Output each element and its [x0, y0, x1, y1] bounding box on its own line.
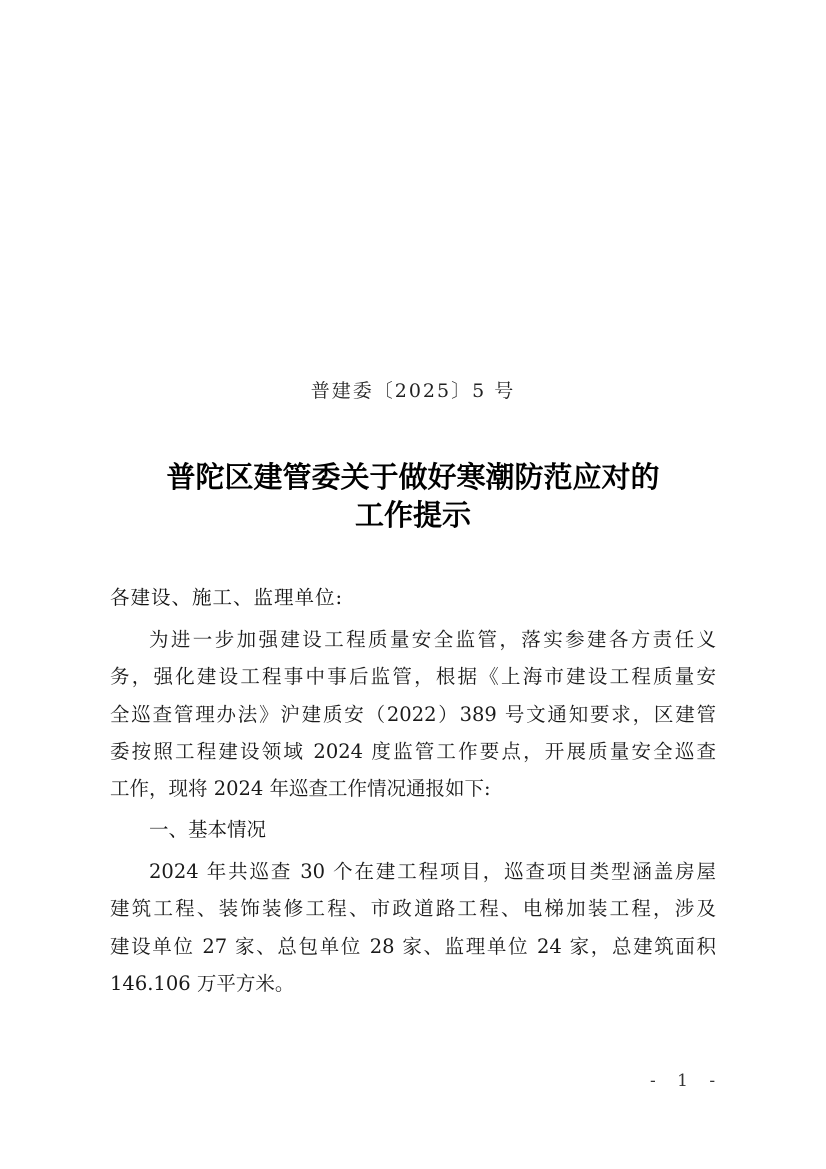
paragraph-line: 为进一步加强建设工程质量安全监管，落实参建各方责任义 [110, 621, 716, 658]
paragraph-line: 委按照工程建设领域 2024 度监管工作要点，开展质量安全巡查 [110, 733, 716, 770]
paragraph-line: 建设单位 27 家、总包单位 28 家、监理单位 24 家，总建筑面积 [110, 928, 716, 965]
document-number: 普建委〔2025〕5 号 [0, 376, 826, 403]
paragraph-line: 146.106 万平方米。 [110, 965, 716, 1002]
paragraph-line: 务，强化建设工程事中事后监管，根据《上海市建设工程质量安 [110, 658, 716, 695]
title-line-1: 普陀区建管委关于做好寒潮防范应对的 [0, 458, 826, 496]
paragraph-intro: 为进一步加强建设工程质量安全监管，落实参建各方责任义 务，强化建设工程事中事后监… [110, 621, 716, 807]
page-number: - 1 - [650, 1071, 723, 1091]
document-page: 普建委〔2025〕5 号 普陀区建管委关于做好寒潮防范应对的 工作提示 各建设、… [0, 0, 826, 1169]
title-line-2: 工作提示 [0, 496, 826, 534]
salutation: 各建设、施工、监理单位: [110, 583, 343, 613]
section-heading-basic-situation: 一、基本情况 [149, 815, 266, 845]
paragraph-line: 工作，现将 2024 年巡查工作情况通报如下: [110, 770, 716, 807]
paragraph-line: 全巡查管理办法》沪建质安（2022）389 号文通知要求，区建管 [110, 696, 716, 733]
document-title: 普陀区建管委关于做好寒潮防范应对的 工作提示 [0, 458, 826, 534]
paragraph-line: 建筑工程、装饰装修工程、市政道路工程、电梯加装工程，涉及 [110, 890, 716, 927]
paragraph-line: 2024 年共巡查 30 个在建工程项目，巡查项目类型涵盖房屋 [110, 853, 716, 890]
paragraph-basic-situation: 2024 年共巡查 30 个在建工程项目，巡查项目类型涵盖房屋 建筑工程、装饰装… [110, 853, 716, 1002]
